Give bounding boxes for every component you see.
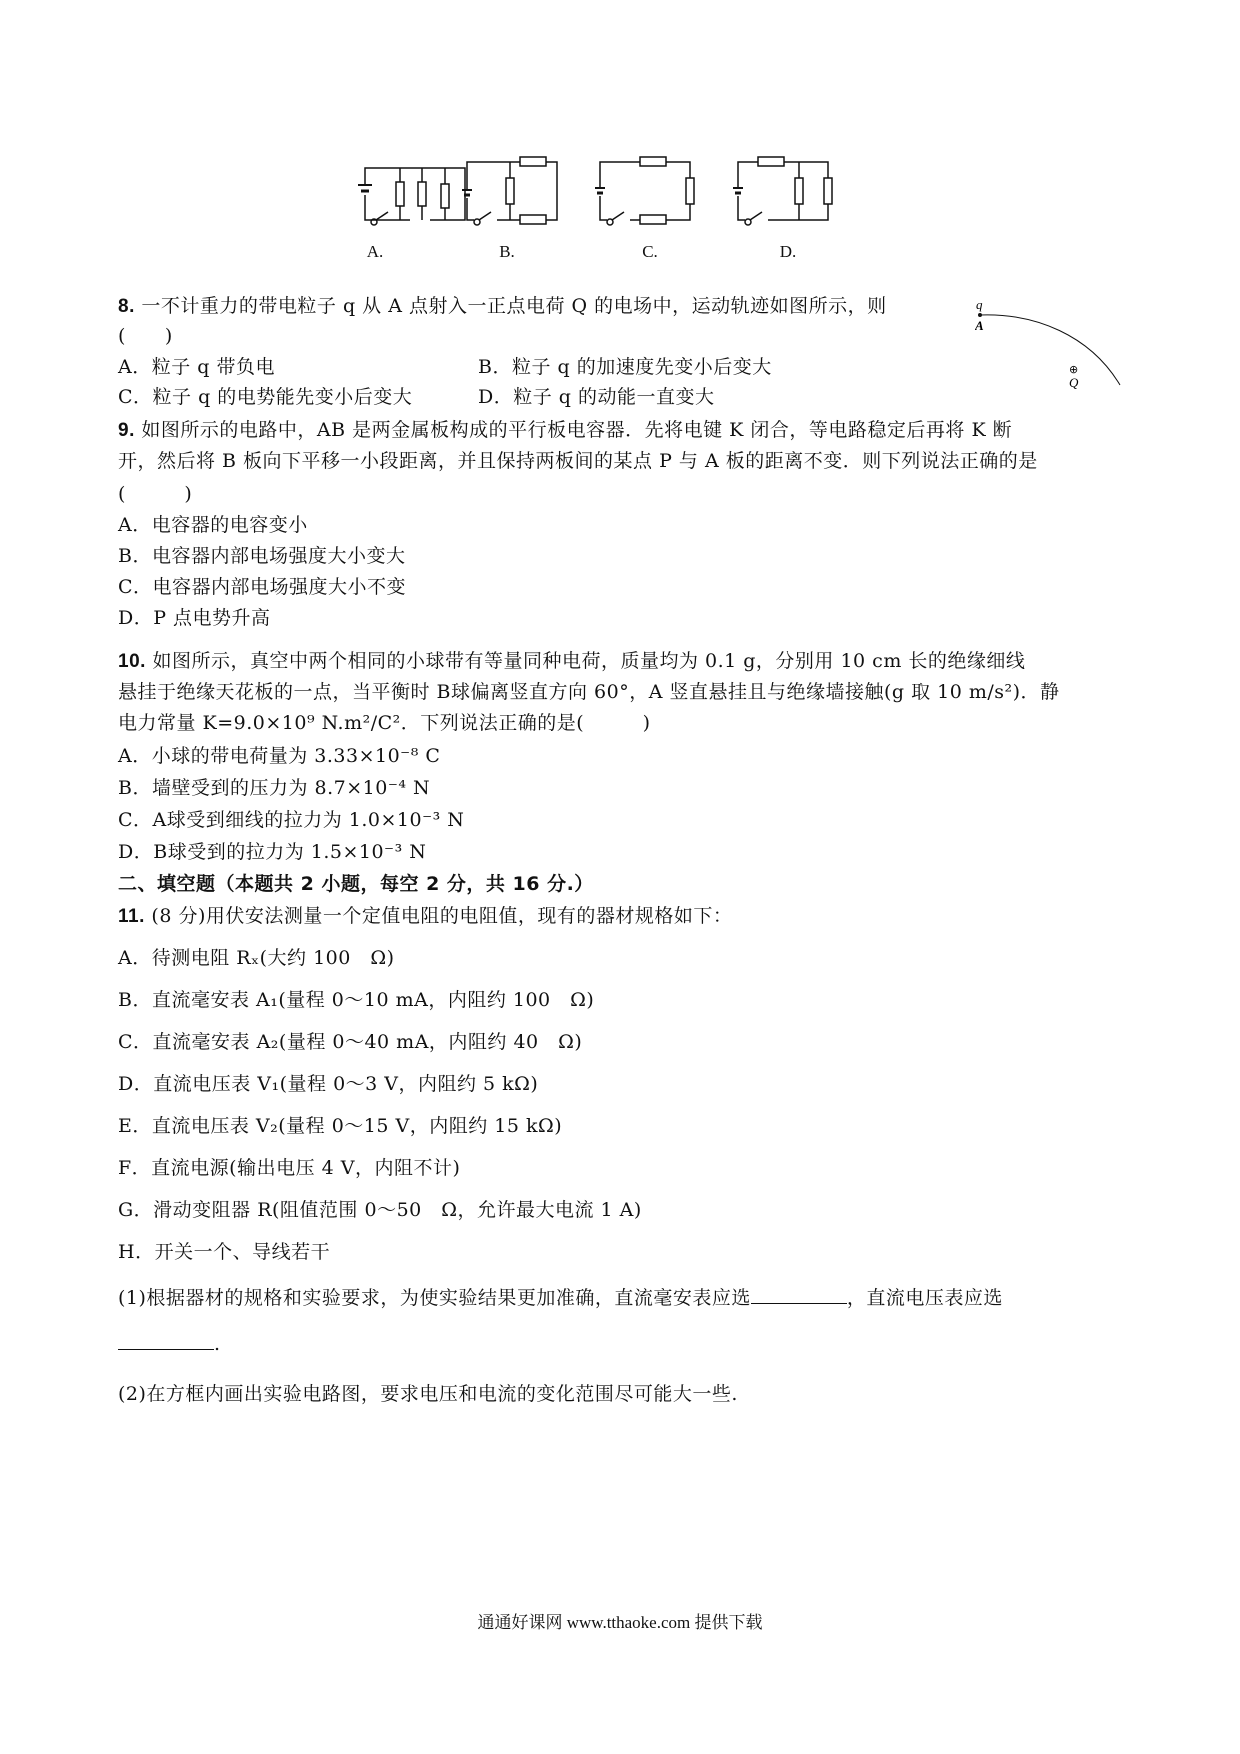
- q9-option-a: A．电容器的电容变小: [118, 509, 308, 541]
- q11-item-a: A．待测电阻 Rₓ(大约 100 Ω): [118, 942, 395, 974]
- circuit-c: C.: [595, 150, 725, 270]
- q11-item-g: G．滑动变阻器 R(阻值范围 0～50 Ω，允许最大电流 1 A): [118, 1194, 642, 1226]
- q9-stem-text-1: 如图所示的电路中，AB 是两金属板构成的平行板电容器．先将电键 K 闭合，等电路…: [141, 419, 1012, 441]
- q10-option-d: D．B球受到的拉力为 1.5×10⁻³ N: [118, 836, 426, 868]
- q9-option-b: B．电容器内部电场强度大小变大: [118, 540, 405, 572]
- q10-stem-text-1: 如图所示，真空中两个相同的小球带有等量同种电荷，质量均为 0.1 g，分别用 1…: [152, 650, 1025, 672]
- q8-stem-text: 一不计重力的带电粒子 q 从 A 点射入一正点电荷 Q 的电场中，运动轨迹如图所…: [141, 295, 886, 317]
- q10-stem-line2: 悬挂于绝缘天花板的一点，当平衡时 B球偏离竖直方向 60°，A 竖直悬挂且与绝缘…: [118, 676, 1060, 708]
- label-Q: Q: [1069, 375, 1079, 390]
- q11-part1-text-a: (1)根据器材的规格和实验要求，为使实验结果更加准确，直流毫安表应选: [118, 1287, 751, 1309]
- q11-blank-voltmeter[interactable]: [118, 1331, 214, 1350]
- q11-item-c: C．直流毫安表 A₂(量程 0～40 mA，内阻约 40 Ω): [118, 1026, 582, 1058]
- q11-blank-ammeter[interactable]: [751, 1285, 847, 1304]
- q9-option-c: C．电容器内部电场强度大小不变: [118, 571, 406, 603]
- q11-part1-cont: .: [118, 1328, 221, 1360]
- q8-option-c: C．粒子 q 的电势能先变小后变大: [118, 381, 412, 413]
- circuit-options-figure: A. B.: [350, 150, 950, 270]
- q9-stem-line2: 开，然后将 B 板向下平移一小段距离，并且保持两板间的某点 P 与 A 板的距离…: [118, 445, 1038, 477]
- footer-source: 通通好课网 www.tthaoke.com 提供下载: [0, 1608, 1240, 1633]
- q10-stem-line1: 10. 如图所示，真空中两个相同的小球带有等量同种电荷，质量均为 0.1 g，分…: [118, 645, 1025, 678]
- circuit-label-b: B.: [457, 242, 557, 262]
- q8-number: 8.: [118, 296, 135, 317]
- q8-trajectory-figure: q A ⊕ Q: [975, 295, 1125, 400]
- q10-option-c: C．A球受到细线的拉力为 1.0×10⁻³ N: [118, 804, 464, 836]
- q11-part2: (2)在方框内画出实验电路图，要求电压和电流的变化范围尽可能大一些.: [118, 1378, 738, 1410]
- q11-stem-text: (8 分)用伏安法测量一个定值电阻的电阻值，现有的器材规格如下：: [151, 905, 732, 927]
- circuit-c-diagram: [595, 150, 725, 240]
- q8-option-a: A．粒子 q 带负电: [118, 351, 275, 383]
- section-2-title: 二、填空题（本题共 2 小题，每空 2 分，共 16 分.）: [118, 868, 594, 900]
- circuit-d-diagram: [733, 150, 863, 240]
- q8-stem: 8. 一不计重力的带电粒子 q 从 A 点射入一正点电荷 Q 的电场中，运动轨迹…: [118, 290, 887, 323]
- label-a: A: [975, 318, 984, 333]
- q8-option-b: B．粒子 q 的加速度先变小后变大: [478, 351, 772, 383]
- q11-part1-text-b: ，直流电压表应选: [847, 1287, 1003, 1309]
- q11-part1: (1)根据器材的规格和实验要求，为使实验结果更加准确，直流毫安表应选，直流电压表…: [118, 1282, 1003, 1314]
- label-q: q: [976, 297, 983, 312]
- q10-stem-line3: 电力常量 K=9.0×10⁹ N.m²/C²．下列说法正确的是( ): [118, 707, 651, 739]
- q10-option-b: B．墙壁受到的压力为 8.7×10⁻⁴ N: [118, 772, 430, 804]
- q11-item-f: F．直流电源(输出电压 4 V，内阻不计): [118, 1152, 460, 1184]
- trajectory-curve: q A ⊕ Q: [975, 295, 1125, 400]
- circuit-d: D.: [733, 150, 863, 270]
- circuit-a-diagram: [350, 150, 480, 240]
- q10-number: 10.: [118, 651, 146, 672]
- q9-answer-paren: ( ): [118, 478, 192, 510]
- circuit-label-c: C.: [600, 242, 700, 262]
- exam-page: A. B.: [0, 0, 1240, 1754]
- q11-item-b: B．直流毫安表 A₁(量程 0～10 mA，内阻约 100 Ω): [118, 984, 594, 1016]
- q11-item-d: D．直流电压表 V₁(量程 0～3 V，内阻约 5 kΩ): [118, 1068, 538, 1100]
- circuit-label-a: A.: [325, 242, 425, 262]
- circuit-b-diagram: [462, 150, 592, 240]
- circuit-label-d: D.: [738, 242, 838, 262]
- q9-stem-line1: 9. 如图所示的电路中，AB 是两金属板构成的平行板电容器．先将电键 K 闭合，…: [118, 414, 1012, 447]
- q8-option-d: D．粒子 q 的动能一直变大: [478, 381, 714, 413]
- circuit-b: B.: [462, 150, 592, 270]
- q9-option-d: D．P 点电势升高: [118, 602, 271, 634]
- q9-number: 9.: [118, 420, 135, 441]
- q11-item-h: H．开关一个、导线若干: [118, 1236, 330, 1268]
- q11-item-e: E．直流电压表 V₂(量程 0～15 V，内阻约 15 kΩ): [118, 1110, 562, 1142]
- q10-option-a: A．小球的带电荷量为 3.33×10⁻⁸ C: [118, 740, 440, 772]
- q8-answer-paren: ( ): [118, 320, 173, 352]
- q11-number: 11.: [118, 906, 145, 927]
- q11-part1-end: .: [214, 1333, 221, 1355]
- q11-stem: 11. (8 分)用伏安法测量一个定值电阻的电阻值，现有的器材规格如下：: [118, 900, 732, 933]
